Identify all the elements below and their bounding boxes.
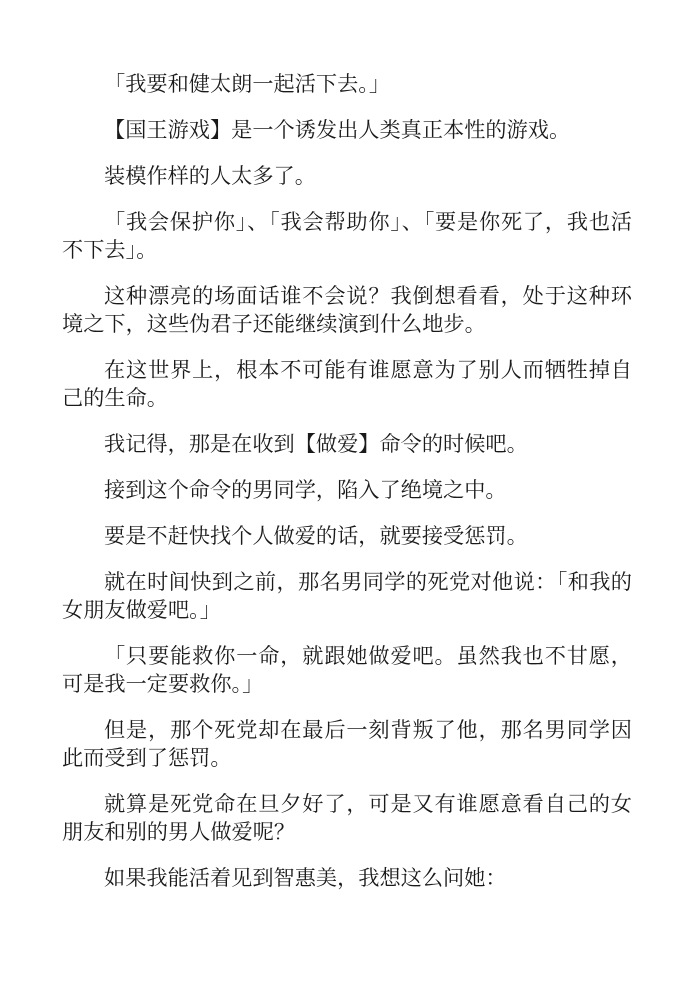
paragraph: 「我会保护你」、「我会帮助你」、「要是你死了，我也活不下去」。 (62, 208, 632, 264)
paragraph: 接到这个命令的男同学，陷入了绝境之中。 (62, 476, 632, 504)
paragraph: 【国王游戏】是一个诱发出人类真正本性的游戏。 (62, 116, 632, 144)
document-page: 「我要和健太朗一起活下去。」 【国王游戏】是一个诱发出人类真正本性的游戏。 装模… (62, 70, 632, 910)
paragraph: 就在时间快到之前，那名男同学的死党对他说：「和我的女朋友做爱吧。」 (62, 568, 632, 624)
paragraph: 「我要和健太朗一起活下去。」 (62, 70, 632, 98)
paragraph: 「只要能救你一命，就跟她做爱吧。虽然我也不甘愿，可是我一定要救你。」 (62, 642, 632, 698)
paragraph: 这种漂亮的场面话谁不会说？我倒想看看，处于这种环境之下，这些伪君子还能继续演到什… (62, 282, 632, 338)
paragraph: 在这世界上，根本不可能有谁愿意为了别人而牺牲掉自己的生命。 (62, 356, 632, 412)
paragraph: 就算是死党命在旦夕好了，可是又有谁愿意看自己的女朋友和别的男人做爱呢？ (62, 790, 632, 846)
paragraph: 装模作样的人太多了。 (62, 162, 632, 190)
paragraph: 但是，那个死党却在最后一刻背叛了他，那名男同学因此而受到了惩罚。 (62, 716, 632, 772)
paragraph: 要是不赶快找个人做爱的话，就要接受惩罚。 (62, 522, 632, 550)
paragraph: 如果我能活着见到智惠美，我想这么问她： (62, 864, 632, 892)
paragraph: 我记得，那是在收到【做爱】命令的时候吧。 (62, 430, 632, 458)
